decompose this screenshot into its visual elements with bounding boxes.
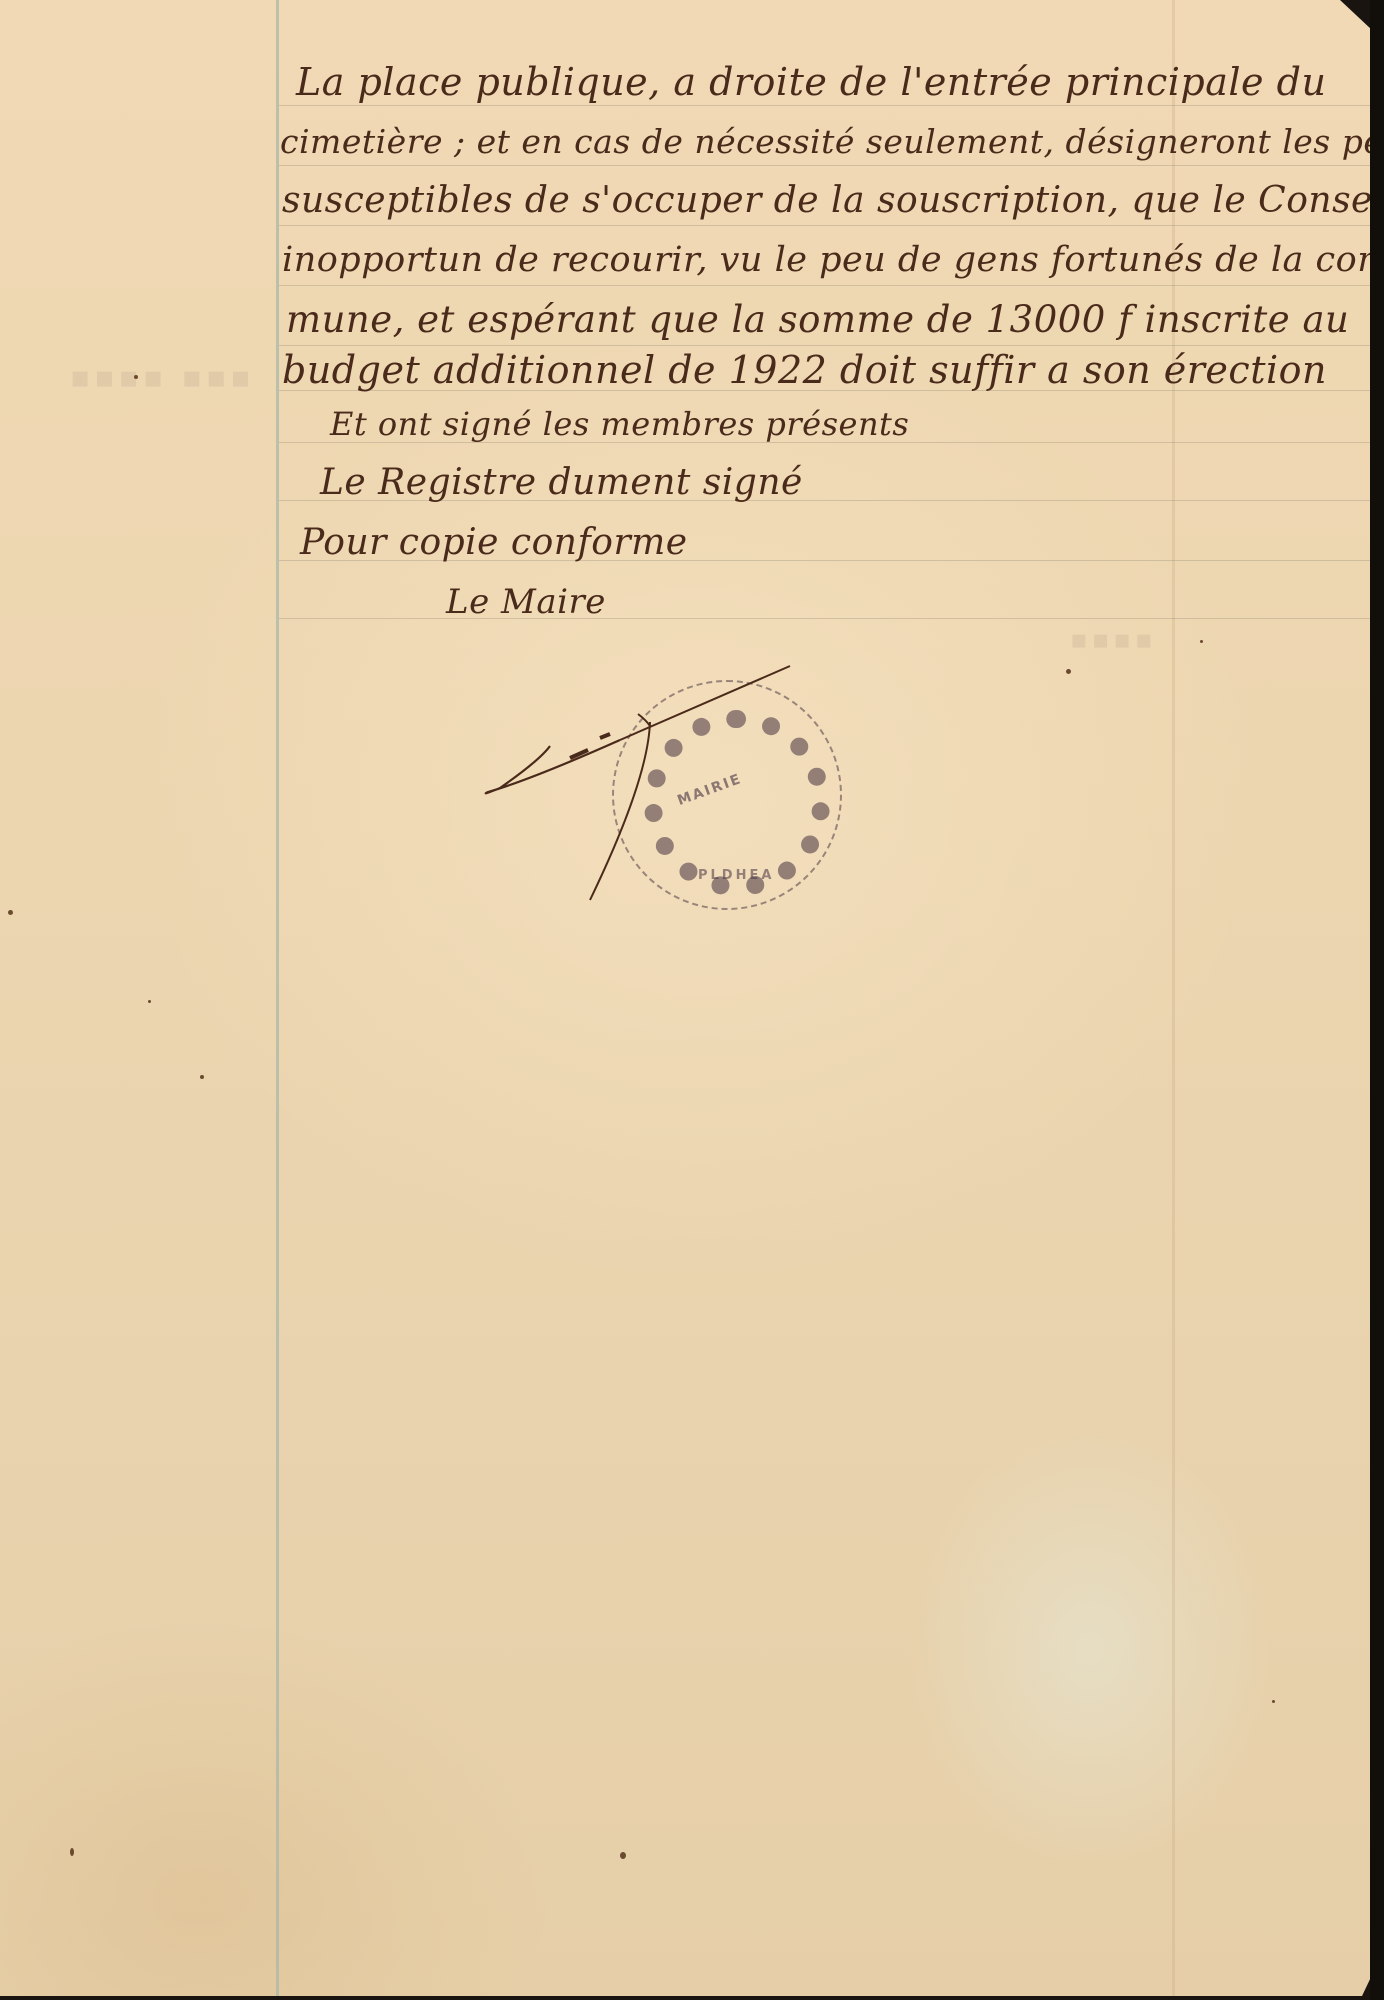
paper-speck [148,1000,151,1003]
paper-speck [620,1852,626,1859]
paper-speck [1066,669,1071,674]
register-signed-line: Le Registre dument signé [320,462,803,503]
ruled-line [279,285,1372,286]
mayor-signature [470,650,830,930]
ruled-line [279,225,1372,226]
ruled-line [279,618,1372,619]
handwritten-line-3: susceptibles de s'occuper de la souscrip… [282,180,1384,221]
scan-border [1370,0,1384,2000]
ruled-line [279,105,1372,106]
mayor-title: Le Maire [446,582,606,622]
paper-speck [70,1848,74,1856]
closing-line: Et ont signé les membres présents [330,405,909,443]
show-through-text: ▪▪▪▪ ▪▪▪ [70,360,255,395]
certified-copy-line: Pour copie conforme [300,522,688,563]
handwritten-line-2: cimetière ; et en cas de nécessité seule… [280,122,1384,161]
handwritten-line-4: inopportun de recourir, vu le peu de gen… [282,240,1384,280]
handwritten-line-6: budget additionnel de 1922 doit suffir a… [282,348,1327,392]
handwritten-line-1: La place publique, a droite de l'entrée … [296,60,1326,104]
paper-speck [8,910,13,915]
margin-line [276,0,279,1996]
show-through-text: ▪▪▪▪ [1070,625,1156,655]
paper-speck [200,1075,204,1079]
handwritten-line-5: mune, et espérant que la somme de 13000 … [286,298,1349,341]
ruled-line [279,345,1372,346]
paper-speck [1200,640,1203,643]
paper-speck [1272,1700,1275,1703]
ruled-line [279,165,1372,166]
document-page: ▪▪▪▪ ▪▪▪ ▪▪▪▪ La place publique, a droit… [0,0,1372,1996]
paper-speck [134,375,138,379]
